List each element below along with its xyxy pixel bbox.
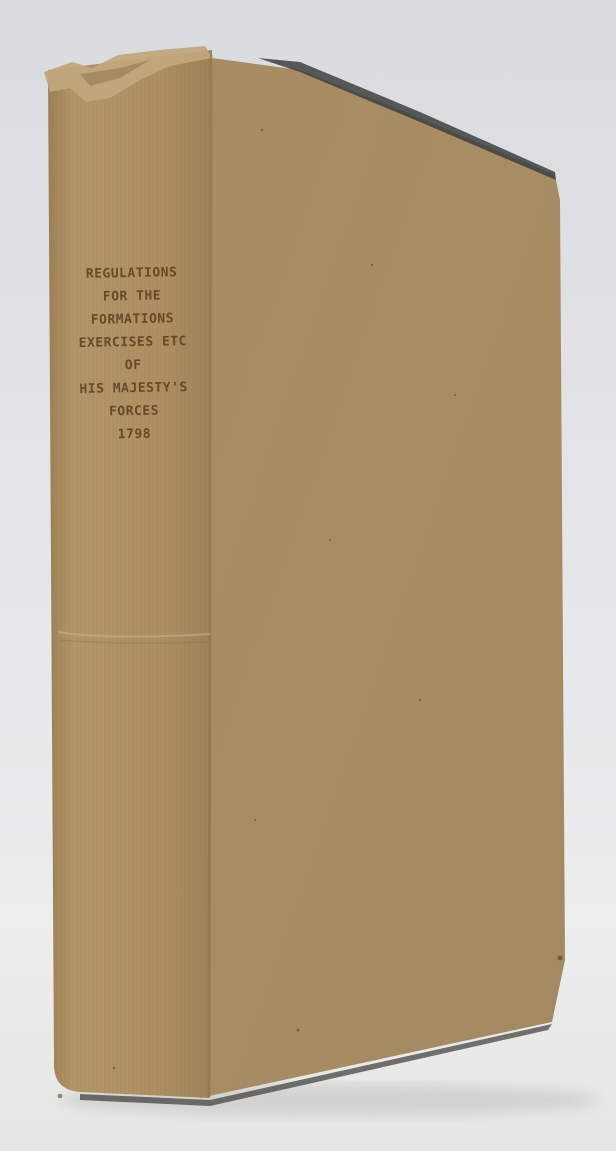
spine-line: REGULATIONS (46, 261, 216, 287)
spine-handwritten-title: REGULATIONS FOR THE FORMATIONS EXERCISES… (46, 261, 219, 448)
front-cover (200, 58, 565, 1098)
spine-line: EXERCISES ETC (48, 330, 218, 356)
spine-line: 1798 (49, 422, 219, 448)
book-illustration (0, 0, 616, 1151)
spine-line: OF (48, 353, 218, 379)
spine-line: FORCES (49, 399, 219, 425)
spine-line: FORMATIONS (47, 307, 217, 333)
spine-line: HIS MAJESTY'S (48, 376, 218, 402)
book-photo: REGULATIONS FOR THE FORMATIONS EXERCISES… (0, 0, 616, 1151)
spine-line: FOR THE (47, 284, 217, 310)
